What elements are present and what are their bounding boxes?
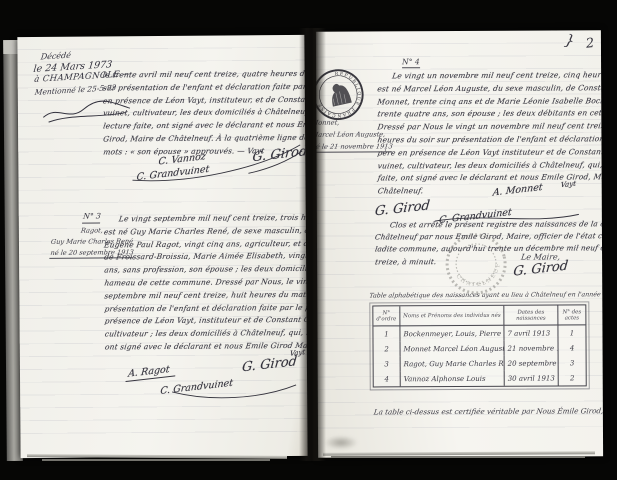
signature-grandvuinet: C. Grandvuinet xyxy=(160,378,234,397)
handwritten-line: heures du soir sur présentation de l'enf… xyxy=(376,133,600,147)
cell-order: 4 xyxy=(374,372,400,387)
births-index-table: N° d'ordre Noms et Prénoms des individus… xyxy=(372,304,586,388)
handwritten-line: Dressé par Nous le vingt un novembre mil… xyxy=(376,120,600,134)
register-scan: Décédé le 24 Mars 1973 à CHAMPAGNOLE — M… xyxy=(0,0,617,480)
table-certification: La table ci-dessus est certifiée véritab… xyxy=(373,406,603,416)
cell-act: 2 xyxy=(558,371,586,386)
cell-date: 30 avril 1913 xyxy=(504,371,558,386)
handwritten-line: septembre mil neuf cent treize, huit heu… xyxy=(103,289,307,303)
act-number-label: N° 4 xyxy=(402,57,420,68)
signature-grandvuinet: C. Grandvuinet xyxy=(136,164,210,183)
table-header-cell: Dates des naissances xyxy=(503,305,557,326)
ink-smudge xyxy=(324,436,358,450)
cell-date: 20 septembre 1913 xyxy=(504,356,558,371)
table-title: Table alphabétique des naissances ayant … xyxy=(369,291,603,300)
corner-mark: } xyxy=(563,31,577,51)
signature-ragot: A. Ragot xyxy=(126,363,177,382)
handwritten-line: hameau de cette commune. Dressé par Nous… xyxy=(103,276,307,290)
handwritten-line: Girod, Maire de Châtelneuf. À la quatriè… xyxy=(102,132,307,146)
cell-date: 21 novembre 1913 xyxy=(504,341,558,356)
cell-order: 2 xyxy=(374,342,400,357)
cell-name: Bockenmeyer, Louis, Pierre xyxy=(399,326,503,342)
handwritten-line: père en présence de Léon Vayt instituteu… xyxy=(377,146,601,160)
act-3-text: Le vingt septembre mil neuf cent treize,… xyxy=(103,212,308,354)
cell-act: 1 xyxy=(557,326,585,341)
cell-name: Monnet Marcel Léon Auguste xyxy=(400,341,504,357)
book-gutter xyxy=(299,28,326,461)
table-header-cell: N° des actes xyxy=(557,305,585,326)
table-header-cell: Noms et Prénoms des individus nés xyxy=(399,306,503,327)
svg-text:CHATELNEUF: CHATELNEUF xyxy=(453,260,507,294)
signature-girod: G. Girod xyxy=(374,198,430,219)
handwritten-line: est né Marcel Léon Auguste, du sexe masc… xyxy=(376,82,600,96)
page-stack-edge xyxy=(331,456,585,458)
handwritten-line: sur présentation de l'enfant et déclarat… xyxy=(102,81,308,95)
act-2-continuation-text: le trente avril mil neuf cent treize, qu… xyxy=(102,68,308,159)
page-number: 2 xyxy=(585,36,595,52)
right-page: } 2 N° 4 RÉPUBLIQUE FRANÇAISE Monnet, Ma… xyxy=(316,30,603,457)
cell-name: Ragot, Guy Marie Charles René xyxy=(400,356,504,372)
cell-date: 7 avril 1913 xyxy=(503,326,557,341)
cell-act: 3 xyxy=(558,356,586,371)
cell-order: 3 xyxy=(374,357,400,372)
act-4-text: Le vingt un novembre mil neuf cent treiz… xyxy=(376,69,599,198)
handwritten-line: Le vingt un novembre mil neuf cent treiz… xyxy=(376,69,600,83)
left-page: Décédé le 24 Mars 1973 à CHAMPAGNOLE — M… xyxy=(17,35,307,458)
act-number-label: N° 3 xyxy=(82,210,101,223)
page-stack-edge xyxy=(42,459,270,461)
table-header-cell: N° d'ordre xyxy=(373,306,399,327)
cell-order: 1 xyxy=(373,327,399,342)
cell-act: 4 xyxy=(558,341,586,356)
cell-name: Vannoz Alphonse Louis xyxy=(400,371,504,387)
handwritten-line: ont signé avec le déclarant et nous Emil… xyxy=(104,340,308,354)
stamp-text: CHATELNEUF xyxy=(453,260,507,294)
handwritten-line: est né Guy Marie Charles René, de sexe m… xyxy=(103,225,308,239)
